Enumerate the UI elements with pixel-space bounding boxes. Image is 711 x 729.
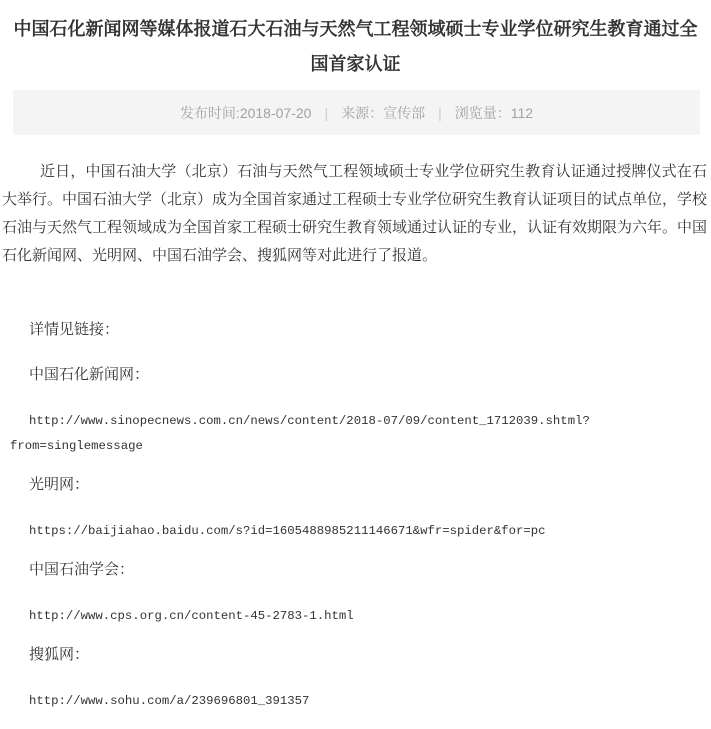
link-url-sinopecnews: http://www.sinopecnews.com.cn/news/conte… bbox=[10, 409, 593, 459]
article-body: 近日，中国石油大学（北京）石油与天然气工程领域硕士专业学位研究生教育认证通过授牌… bbox=[0, 157, 711, 714]
meta-bar: 发布时间:2018-07-20 | 来源：宣传部 | 浏览量：112 bbox=[13, 90, 700, 135]
link-label-sinopecnews: 中国石化新闻网： bbox=[10, 364, 707, 385]
link-url-guangming: https://baijiahao.baidu.com/s?id=1605488… bbox=[10, 519, 593, 544]
link-label-guangming: 光明网： bbox=[10, 474, 707, 495]
publish-time: 发布时间:2018-07-20 bbox=[180, 103, 312, 123]
article-page: 中国石化新闻网等媒体报道石大石油与天然气工程领域硕士专业学位研究生教育通过全国首… bbox=[0, 12, 711, 714]
link-label-sohu: 搜狐网： bbox=[10, 644, 707, 665]
view-count: 浏览量：112 bbox=[455, 103, 533, 123]
links-intro: 详情见链接： bbox=[10, 319, 707, 340]
link-label-cps: 中国石油学会： bbox=[10, 559, 707, 580]
link-url-cps: http://www.cps.org.cn/content-45-2783-1.… bbox=[10, 604, 593, 629]
page-title: 中国石化新闻网等媒体报道石大石油与天然气工程领域硕士专业学位研究生教育通过全国首… bbox=[13, 12, 698, 82]
source-label: 来源：宣传部 bbox=[341, 103, 425, 123]
article-paragraph: 近日，中国石油大学（北京）石油与天然气工程领域硕士专业学位研究生教育认证通过授牌… bbox=[2, 157, 707, 269]
separator: | bbox=[438, 105, 442, 121]
links-section: 详情见链接： 中国石化新闻网： http://www.sinopecnews.c… bbox=[0, 319, 711, 714]
separator: | bbox=[324, 105, 328, 121]
link-url-sohu: http://www.sohu.com/a/239696801_391357 bbox=[10, 689, 593, 714]
